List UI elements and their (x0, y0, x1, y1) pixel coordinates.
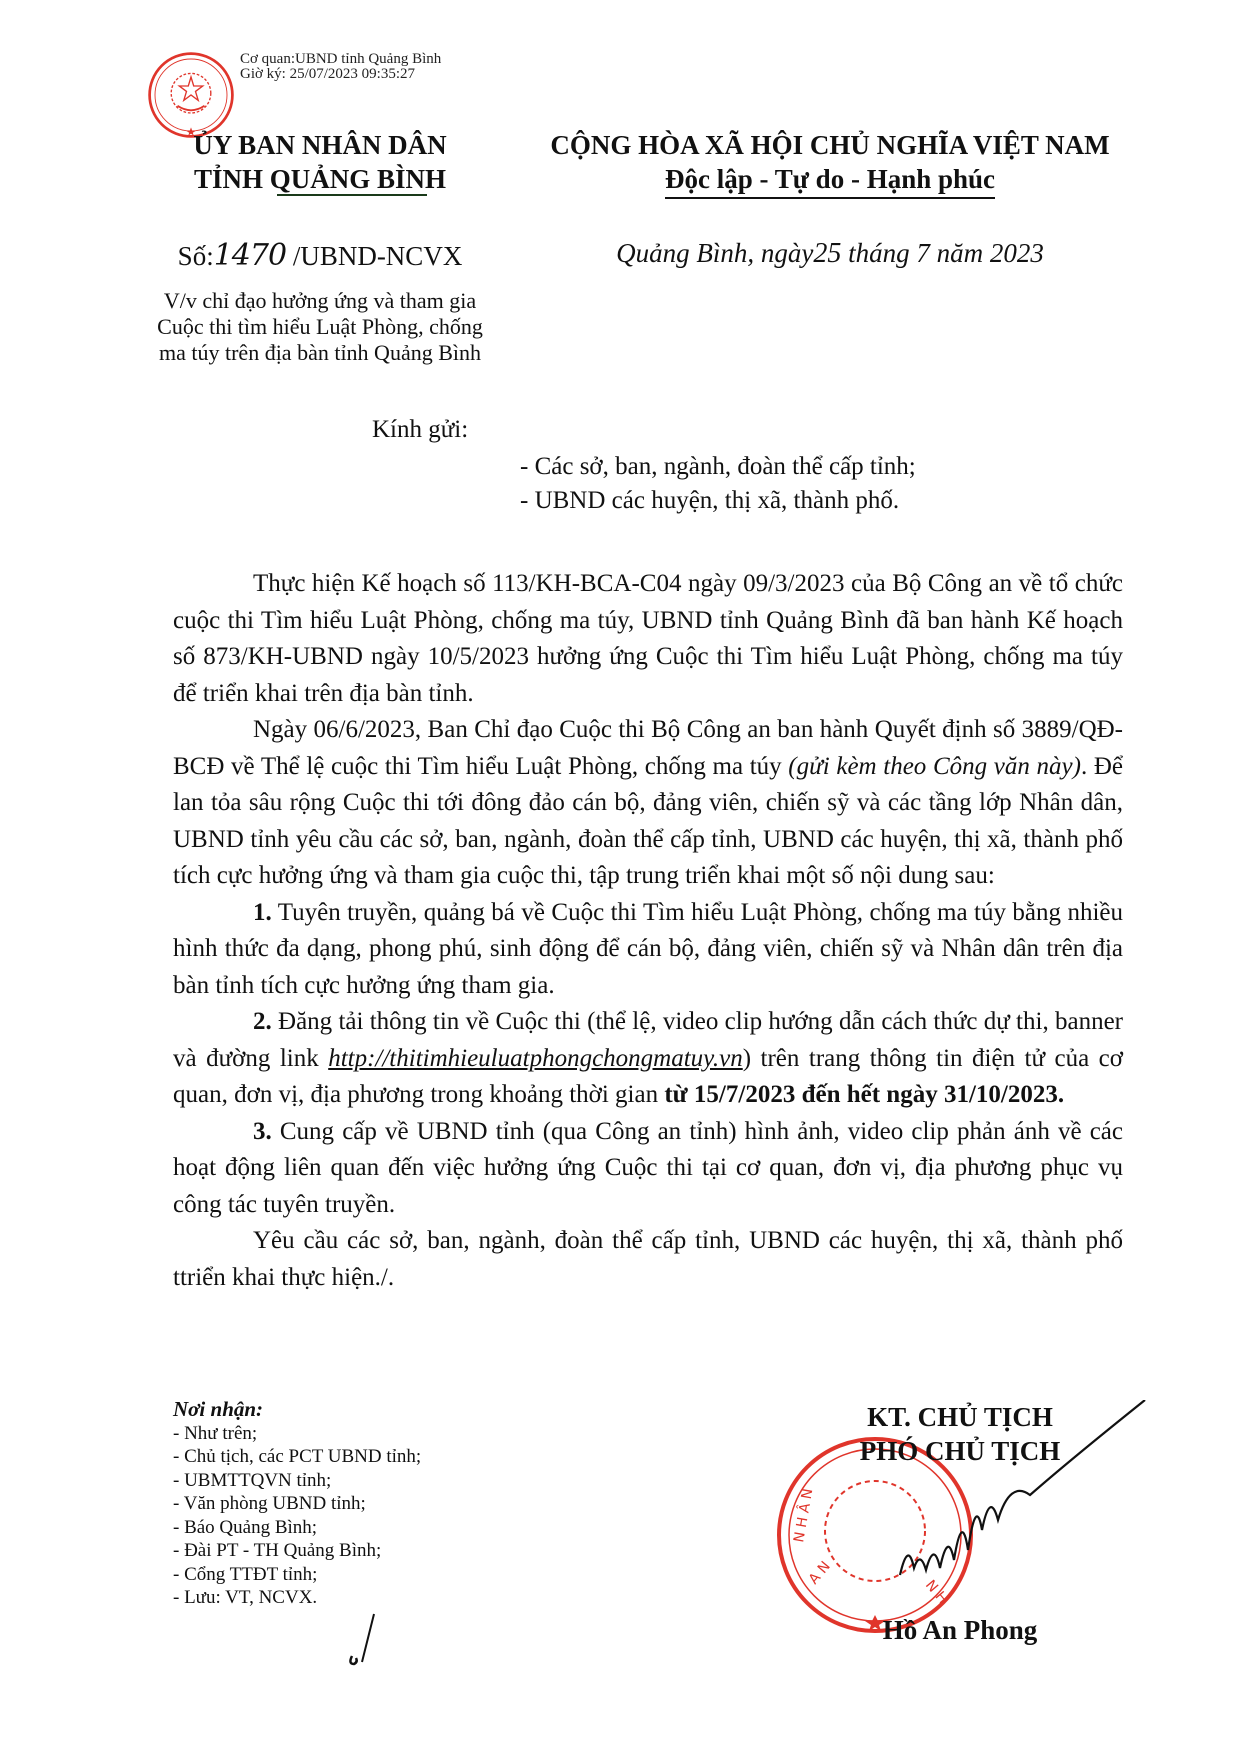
receiver-item: - Như trên; (173, 1422, 421, 1446)
document-body: Thực hiện Kế hoạch số 113/KH-BCA-C04 ngà… (173, 566, 1123, 1296)
receiver-item: - Cổng TTĐT tỉnh; (173, 1563, 421, 1587)
issuing-organization: ỦY BAN NHÂN DÂN TỈNH QUẢNG BÌNH (160, 128, 480, 196)
signer-name: Hồ An Phong (800, 1615, 1120, 1646)
nation-name: CỘNG HÒA XÃ HỘI CHỦ NGHĨA VIỆT NAM (490, 128, 1170, 162)
org-name-line2: TỈNH QUẢNG BÌNH (160, 162, 480, 196)
digital-signature-info: Cơ quan:UBND tỉnh Quảng Bình Giờ ký: 25/… (240, 52, 441, 82)
document-date: Quảng Bình, ngày25 tháng 7 năm 2023 (490, 238, 1170, 270)
receivers-block: Nơi nhận: - Như trên; - Chủ tịch, các PC… (173, 1398, 421, 1610)
svg-text:N H Â N: N H Â N (789, 1487, 816, 1544)
item-2-period: từ 15/7/2023 đến hết ngày 31/10/2023. (664, 1081, 1064, 1108)
recipient-list: - Các sở, ban, ngành, đoàn thể cấp tỉnh;… (520, 450, 916, 518)
item-3: 3. Cung cấp về UBND tỉnh (qua Công an tỉ… (173, 1114, 1123, 1224)
org-name-line1: ỦY BAN NHÂN DÂN (160, 128, 480, 162)
item-1-number: 1. (253, 899, 272, 926)
contest-link[interactable]: http://thitimhieuluatphongchongmatuy.vn (328, 1045, 743, 1072)
subject-line3: ma túy trên địa bàn tỉnh Quảng Bình (150, 340, 490, 366)
doc-number-suffix: /UBND-NCVX (286, 241, 462, 271)
document-subject: V/v chỉ đạo hưởng ứng và tham gia Cuộc t… (150, 288, 490, 366)
receivers-title: Nơi nhận: (173, 1398, 421, 1422)
paragraph-1: Thực hiện Kế hoạch số 113/KH-BCA-C04 ngà… (173, 566, 1123, 712)
receiver-item: - Chủ tịch, các PCT UBND tỉnh; (173, 1445, 421, 1469)
doc-number-prefix: Số: (178, 241, 214, 271)
item-2-number: 2. (253, 1008, 272, 1035)
recipient-item: - Các sở, ban, ngành, đoàn thể cấp tỉnh; (520, 450, 916, 484)
receiver-item: - UBMTTQVN tỉnh; (173, 1469, 421, 1493)
official-seal-small-icon (146, 50, 236, 140)
document-number: Số:1470 /UBND-NCVX (160, 238, 480, 273)
receiver-item: - Văn phòng UBND tỉnh; (173, 1492, 421, 1516)
receiver-item: - Lưu: VT, NCVX. (173, 1586, 421, 1610)
closing-paragraph: Yêu cầu các sở, ban, ngành, đoàn thể cấp… (173, 1223, 1123, 1296)
org-underline (277, 194, 427, 196)
national-header: CỘNG HÒA XÃ HỘI CHỦ NGHĨA VIỆT NAM Độc l… (490, 128, 1170, 199)
recipient-item: - UBND các huyện, thị xã, thành phố. (520, 484, 916, 518)
doc-number-handwritten: 1470 (214, 238, 286, 273)
subject-line1: V/v chỉ đạo hưởng ứng và tham gia (150, 288, 490, 314)
date-day-handwritten: 25 (813, 238, 841, 269)
item-1: 1. Tuyên truyền, quảng bá về Cuộc thi Tì… (173, 895, 1123, 1005)
item-3-number: 3. (253, 1118, 272, 1145)
handwritten-signature-icon (880, 1400, 1150, 1600)
item-1-text: Tuyên truyền, quảng bá về Cuộc thi Tìm h… (173, 899, 1123, 999)
date-prefix: Quảng Bình, ngày (616, 238, 813, 268)
signing-agency: Cơ quan:UBND tỉnh Quảng Bình (240, 52, 441, 67)
national-motto: Độc lập - Tự do - Hạnh phúc (665, 162, 995, 199)
salutation: Kính gửi: (372, 416, 468, 444)
receiver-item: - Báo Quảng Bình; (173, 1516, 421, 1540)
signing-time: Giờ ký: 25/07/2023 09:35:27 (240, 67, 441, 82)
paragraph-2: Ngày 06/6/2023, Ban Chỉ đạo Cuộc thi Bộ … (173, 712, 1123, 895)
p2-italic: (gửi kèm theo Công văn này) (788, 753, 1081, 780)
item-3-text: Cung cấp về UBND tỉnh (qua Công an tỉnh)… (173, 1118, 1123, 1218)
initial-mark-icon (340, 1610, 380, 1670)
date-suffix: tháng 7 năm 2023 (841, 238, 1044, 268)
item-2: 2. Đăng tải thông tin về Cuộc thi (thể l… (173, 1004, 1123, 1114)
receiver-item: - Đài PT - TH Quảng Bình; (173, 1539, 421, 1563)
svg-text:A N: A N (806, 1559, 834, 1588)
subject-line2: Cuộc thi tìm hiểu Luật Phòng, chống (150, 314, 490, 340)
